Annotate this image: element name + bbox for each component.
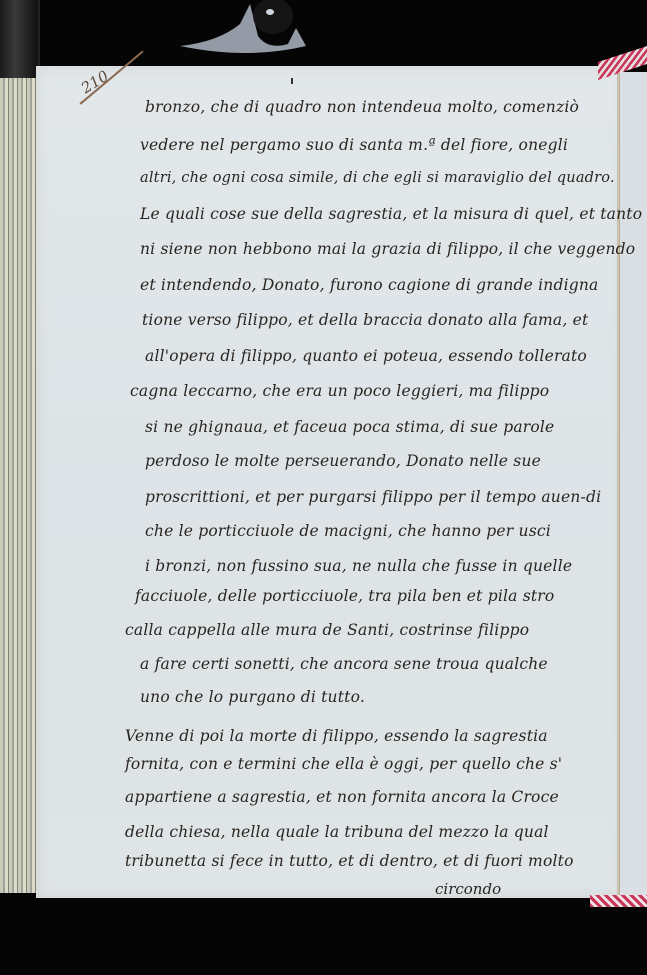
text-line: altri, che ogni cosa simile, di che egli…	[140, 170, 615, 186]
manuscript-page	[36, 66, 624, 898]
text-line: Venne di poi la morte di filippo, essend…	[125, 727, 548, 745]
text-line: perdoso le molte perseuerando, Donato ne…	[145, 452, 541, 470]
text-line: all'opera di filippo, quanto ei poteua, …	[145, 347, 587, 365]
text-line: si ne ghignaua, et faceua poca stima, di…	[145, 418, 554, 436]
text-line: tione verso filippo, et della braccia do…	[142, 311, 588, 329]
page-weight-clamp	[178, 0, 328, 64]
text-line: della chiesa, nella quale la tribuna del…	[125, 823, 549, 841]
text-line: vedere nel pergamo suo di santa m.ª del …	[140, 136, 568, 154]
text-line: i bronzi, non fussino sua, ne nulla che …	[145, 557, 572, 575]
text-line: proscrittioni, et per purgarsi filippo p…	[145, 488, 601, 506]
bookmark-ribbon-bottom	[590, 895, 647, 907]
text-line: uno che lo purgano di tutto.	[140, 688, 365, 706]
text-line: ni siene non hebbono mai la grazia di fi…	[140, 240, 635, 258]
text-line: tribunetta si fece in tutto, et di dentr…	[125, 852, 574, 870]
book-clip	[0, 0, 40, 78]
text-line: appartiene a sagrestia, et non fornita a…	[125, 788, 559, 806]
book-left-page-stack	[0, 75, 36, 893]
text-line: fornita, con e termini che ella è oggi, …	[125, 755, 562, 773]
catchword: circondo	[435, 880, 501, 898]
ink-mark	[291, 78, 293, 84]
text-line: calla cappella alle mura de Santi, costr…	[125, 621, 529, 639]
next-page-edge	[620, 72, 647, 898]
text-line: bronzo, che di quadro non intendeua molt…	[145, 98, 579, 116]
text-line: Le quali cose sue della sagrestia, et la…	[140, 205, 642, 223]
text-line: a fare certi sonetti, che ancora sene tr…	[140, 655, 548, 673]
text-line: che le porticciuole de macigni, che hann…	[145, 522, 551, 540]
text-line: cagna leccarno, che era un poco leggieri…	[130, 382, 549, 400]
text-line: et intendendo, Donato, furono cagione di…	[140, 276, 599, 294]
text-line: facciuole, delle porticciuole, tra pila …	[135, 587, 554, 605]
